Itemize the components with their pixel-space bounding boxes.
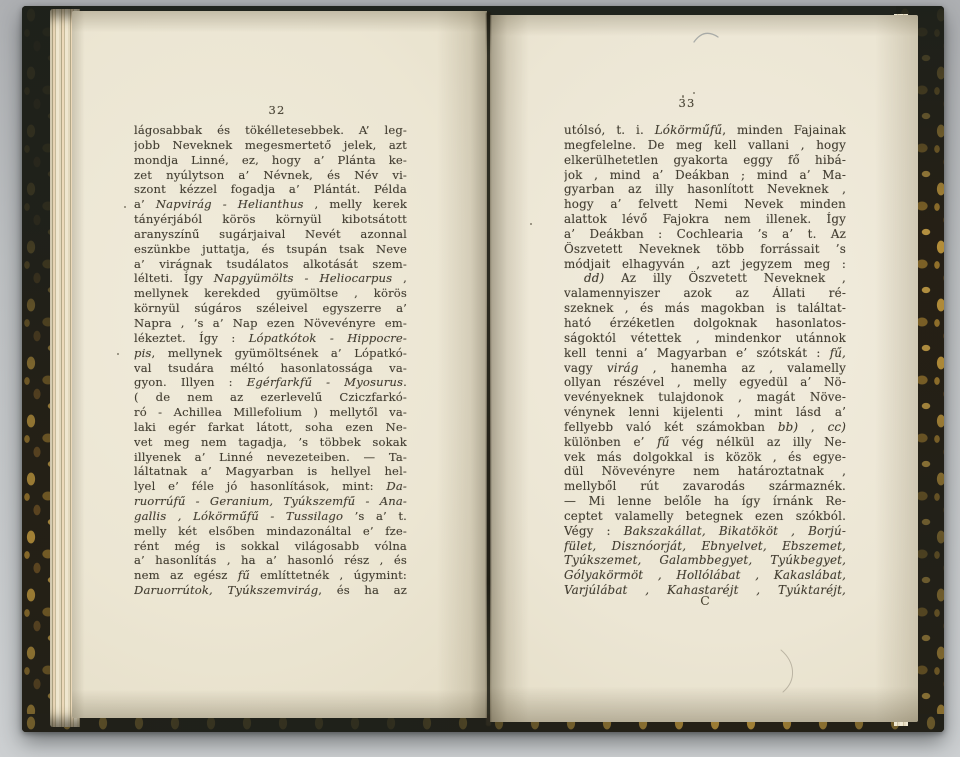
text-line: illyenek a’ Linné nevezeteiben. — Ta- [134,450,407,465]
text-line: zet nyúlytson a’ Névnek, és Név vi- [134,168,407,183]
text-line: ollyan részével , melly egyedül a’ Nö- [564,375,846,390]
signature-mark: C [564,593,846,608]
ink-speck [124,206,126,208]
right-page-number: 33 [642,96,732,110]
text-line: dül Növevényre nem határoztatnak , [564,464,846,479]
text-line: jobb Neveknek megesmertető jelek, azt [134,138,407,153]
photo-background: 32 lágosabbak és tökélletesebbek. A’ leg… [0,0,960,757]
text-line: elkerülhetetlen gyakorta eggy fő hibá- [564,153,846,168]
text-line: ságoktól vétettek , mindenkor utánnok [564,331,846,346]
text-line: utólsó, t. i. Lókörműfű, minden Fajainak [564,123,846,138]
text-line: melly két elsőben mindazonáltal e’ fze- [134,524,407,539]
text-line: tányérjából körös környül kibotsátott [134,212,407,227]
text-line: vagy virág , hanemha az , valamelly [564,361,846,376]
pen-mark-bottom [776,648,800,694]
ink-speck [117,353,119,355]
text-line: különben e’ fű vég nélkül az illy Ne- [564,435,846,450]
text-line: lékeztet. Így : Lópatkótok - Hippocre- [134,331,407,346]
text-line: szeknek , és más magokban is találtat- [564,301,846,316]
text-line: környül súgáros széleivel egyszerre a’ [134,301,407,316]
text-line: Öszvetett Neveknek több forrássait ’s [564,242,846,257]
text-line: ható érzéketlen dolgoknak hasonlatos- [564,316,846,331]
book: 32 lágosabbak és tökélletesebbek. A’ leg… [22,6,944,732]
text-line: Daruorrútok, Tyúkszemvirág, és ha az [134,583,407,598]
text-line: eszünkbe juttatja, és tsupán tsak Neve [134,242,407,257]
text-line: nem az egész fű említtetnék , úgymint: [134,568,407,583]
text-line: alattok lévő Fajokra nem illenek. Így [564,212,846,227]
gutter-crease [486,12,491,726]
text-line: fellyebb való két számokban bb) , cc) [564,420,846,435]
text-line: fület, Disznóorját, Ebnyelvet, Ebszemet, [564,539,846,554]
text-line: a’ hasonlítás , ha a’ hasonló rész , és [134,553,407,568]
text-line: mondja Linné, ez, hogy a’ Plánta ke- [134,153,407,168]
text-line: val tsudára méltó hasonlatossága va- [134,361,407,376]
text-line: pis, mellynek gyümöltsének a’ Lópatkó- [134,346,407,361]
text-line: gallis , Lókörműfű - Tussilago ’s a’ t. [134,509,407,524]
text-line: a’ Deákban : Cochlearia ’s a’ t. Az [564,227,846,242]
text-line: lélteti. Így Napgyümölts - Heliocarpus , [134,271,407,286]
text-line: Gólyakörmöt , Hollólábat , Kakaslábat, [564,568,846,583]
text-line: rént még is sokkal világosabb vólna [134,539,407,554]
text-line: vevényeknek tulajdonok , magát Növe- [564,390,846,405]
text-line: kell tenni a’ Magyarban e’ szótskát : fű… [564,346,846,361]
left-page-text: lágosabbak és tökélletesebbek. A’ leg-jo… [134,123,407,598]
text-line: Napra , ’s a’ Nap ezen Növevényre em- [134,316,407,331]
ink-speck [682,95,684,98]
text-line: megfelelne. De meg kell vallani , hogy [564,138,846,153]
text-line: Varjúlábat , Kahastaréjt , Tyúktaréjt, [564,583,846,598]
text-line: ceptet valamelly betegnek ezen szókból. [564,509,846,524]
text-line: lyel e’ féle jó hasonlítások, mint: Da- [134,479,407,494]
text-line: valamennyiszer azok az Állati ré- [564,286,846,301]
text-line: ruorrúfű - Geranium, Tyúkszemfű - Ana- [134,494,407,509]
text-line: vénynek lenni kijelenti , mint lásd a’ [564,405,846,420]
text-line: mellyből rút zavarodás származnék. [564,479,846,494]
text-line: vet meg nem tagadja, ’s többek sokak [134,435,407,450]
ink-speck [530,223,532,225]
text-line: láltatnak a’ Magyarban is hellyel hel- [134,464,407,479]
text-line: Tyúkszemet, Galambbegyet, Tyúkbegyet, [564,553,846,568]
left-page: 32 lágosabbak és tökélletesebbek. A’ leg… [72,11,487,718]
left-page-number: 32 [232,103,322,117]
text-line: a’ virágnak tsudálatos alkotását szem- [134,257,407,272]
ink-speck [693,92,695,94]
text-line: gyon. Illyen : Egérfarkfű - Myosurus. [134,375,407,390]
text-line: ró - Achillea Millefolium ) mellytől va- [134,405,407,420]
text-line: lágosabbak és tökélletesebbek. A’ leg- [134,123,407,138]
text-line: jok , mind a’ Deákban ; mind a’ Ma- [564,168,846,183]
text-line: Végy : Bakszakállat, Bikatököt , Borjú- [564,524,846,539]
text-line: laki egér farkat látott, soha ezen Ne- [134,420,407,435]
text-line: gyarban az illy hasonlított Neveknek , [564,182,846,197]
text-line: ( de nem az ezerlevelű Cziczfarkó- [134,390,407,405]
text-line: — Mi lenne belőle ha így írnánk Re- [564,494,846,509]
text-line: a’ Napvirág - Helianthus , melly kerek [134,197,407,212]
pen-mark-top [692,29,722,47]
text-line: vek más dolgokkal is közök , és egye- [564,450,846,465]
text-line: hogy a’ felvett Nemi Nevek minden [564,197,846,212]
text-line: aranyszínű sugárjaival Nevét azonnal [134,227,407,242]
right-page-text: utólsó, t. i. Lókörműfű, minden Fajainak… [564,123,846,598]
right-page: 33 utólsó, t. i. Lókörműfű, minden Fajai… [490,15,918,722]
text-line: módjait elhagyván , azt jegyzem meg : [564,257,846,272]
text-line: mellynek kerekded gyümöltse , körös [134,286,407,301]
text-line: szont kézzel fogadja a’ Plántát. Példa [134,182,407,197]
text-line: dd) Az illy Öszvetett Neveknek , [564,271,846,286]
